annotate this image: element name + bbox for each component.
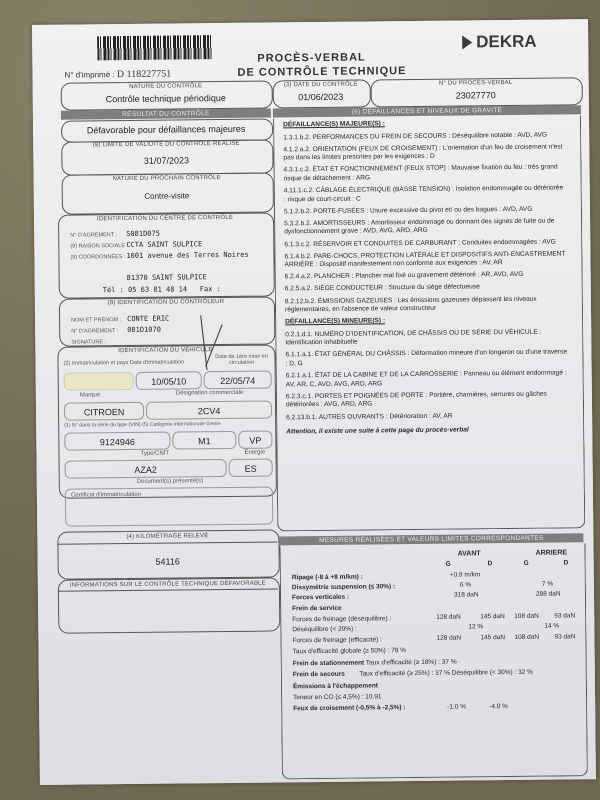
controleur-name: CONTE ERIC [127, 315, 169, 323]
defect-major: 6.2.4.a.2. PLANCHER : Plancher mal fixé … [285, 271, 567, 283]
centre-raison-sociale: CCTA SAINT SULPICE [126, 240, 202, 249]
centre-address2: 81370 SAINT SULPICE [127, 273, 207, 282]
inspection-document: N° d'imprimé : D 118227751 PROCÈS-VERBAL… [32, 19, 596, 785]
controleur-agrement: 081D1070 [127, 326, 161, 334]
date-immatriculation-field: 10/05/10 [136, 371, 202, 390]
defect-major: 6.1.4.b.2. PARE-CHOCS, PROTECTION LATÉRA… [284, 250, 566, 270]
defect-minor: 6.2.1.a.1. ÉTAT DE LA CABINE ET DE LA CA… [286, 370, 568, 390]
defect-minor: 6.2.13.b.1. AUTRES OUVRANTS : Détériorat… [286, 411, 568, 423]
immatriculation-field [64, 372, 134, 391]
defect-major: 6.2.5.a.2. SIÈGE CONDUCTEUR : Structure … [285, 283, 567, 295]
marque-field: CITROEN [64, 402, 144, 421]
dekra-logo-icon [462, 35, 472, 49]
defect-major: 4.3.1.c.2. ÉTAT ET FONCTIONNEMENT (FEUX … [283, 164, 565, 184]
defect-major: 5.3.2.b.2. AMORTISSEURS : Amortisseur en… [284, 217, 566, 237]
categorie-field: M1 [172, 431, 236, 450]
defect-major: 8.2.12.b.2. ÉMISSIONS GAZEUSES : Les émi… [285, 295, 567, 315]
dekra-logo: DEKRA [462, 32, 537, 53]
defect-major: 4.11.1.c.2. CÂBLAGE ÉLECTRIQUE (BASSE TE… [284, 184, 566, 204]
vin-field: 9124946 [64, 432, 170, 451]
co-content: Teneur en CO (≤ 4,5%) : 10.91 [293, 693, 382, 701]
defect-major: 1.3.1.b.2. PERFORMANCES DU FREIN DE SECO… [283, 131, 565, 143]
majeures-title: DÉFAILLANCE(S) MAJEURE(S) : [283, 118, 565, 130]
genre-field: VP [238, 431, 272, 449]
barcode [97, 35, 212, 60]
print-number-value: D 118227751 [117, 69, 171, 81]
defect-major: 5.1.2.b.2. PORTE-FUSÉES : Usure excessiv… [284, 205, 566, 217]
centre-address1: 1001 avenue des Terres Noires [126, 251, 248, 260]
document-title-line2: DE CONTRÔLE TECHNIQUE [237, 65, 406, 79]
print-number: N° d'imprimé : D 118227751 [64, 69, 171, 81]
ripage-value: +0.9 m/km [450, 571, 481, 578]
defaillances-list: DÉFAILLANCE(S) MAJEURE(S) : 1.3.1.b.2. P… [283, 116, 568, 437]
defect-minor: 6.2.3.c.1. PORTES ET POIGNÉES DE PORTE :… [286, 390, 568, 410]
defect-major: 4.1.2.a.2. ORIENTATION (FEUX DE CROISEME… [283, 143, 565, 163]
type-cnit-field: AZA2 [65, 459, 227, 479]
defect-major: 6.1.3.c.2. RÉSERVOIR ET CONDUITES DE CAR… [284, 238, 566, 250]
energie-field: ES [229, 459, 273, 477]
first-circulation-field: 22/05/74 [204, 371, 272, 390]
document-title-line1: PROCÈS-VERBAL [257, 52, 365, 65]
defect-minor: 6.1.1.a.1. ÉTAT GÉNÉRAL DU CHÂSSIS : Déf… [285, 349, 567, 369]
taux-efficacite-globale: Taux d'efficacité globale (≥ 50%) : 78 % [293, 647, 407, 655]
documents-value: Certificat d'immatriculation [71, 492, 141, 499]
centre-agrement: S081D075 [126, 230, 160, 238]
centre-phone: 05 63 81 48 14 [128, 285, 187, 294]
designation-field: 2CV4 [146, 401, 272, 420]
date-controle-value: 01/06/2023 [273, 91, 369, 102]
mineures-title: DÉFAILLANCE(S) MINEURE(S) : [285, 316, 567, 328]
defect-minor: 0.2.1.d.1. NUMÉRO D'IDENTIFICATION, DE C… [285, 328, 567, 348]
